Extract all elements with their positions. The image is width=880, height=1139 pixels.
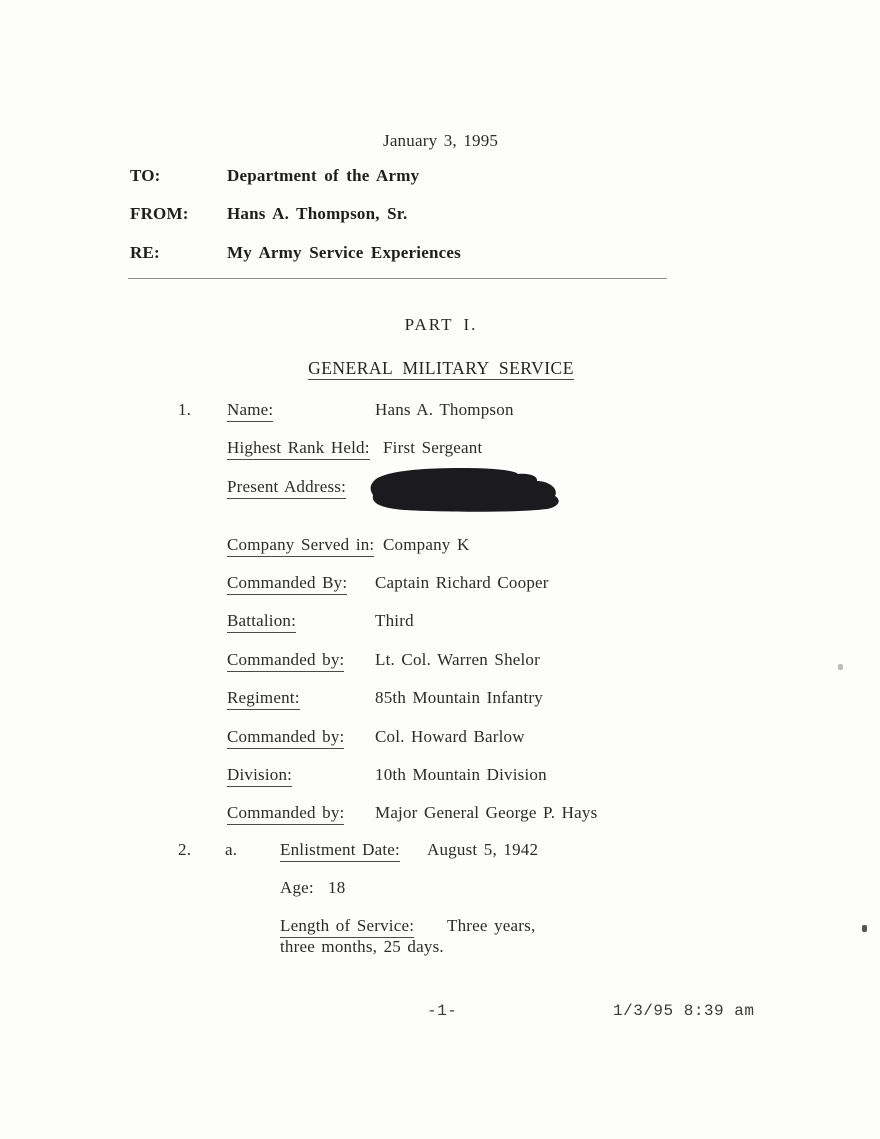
field-label: Highest Rank Held: xyxy=(227,438,370,460)
section-title: GENERAL MILITARY SERVICE xyxy=(308,358,574,380)
field-label: Company Served in: xyxy=(227,535,374,557)
header-divider-line xyxy=(128,278,667,279)
memo-from-value: Hans A. Thompson, Sr. xyxy=(227,204,407,224)
page-number: -1- xyxy=(427,1002,457,1020)
enlistment-date-label: Enlistment Date: xyxy=(280,840,400,862)
field-value: Lt. Col. Warren Shelor xyxy=(375,650,540,670)
field-label: Division: xyxy=(227,765,292,787)
field-value: Third xyxy=(375,611,414,631)
field-value: First Sergeant xyxy=(383,438,482,458)
item1-number: 1. xyxy=(178,400,191,420)
item2-sub-letter: a. xyxy=(225,840,237,860)
field-value: Captain Richard Cooper xyxy=(375,573,549,593)
field-label: Commanded by: xyxy=(227,727,344,749)
length-of-service-value-line1: Three years, xyxy=(447,916,535,936)
field-label: Battalion: xyxy=(227,611,296,633)
part-title: PART I. xyxy=(130,315,752,335)
field-value: Hans A. Thompson xyxy=(375,400,514,420)
scanned-memo-page: January 3, 1995 TO: Department of the Ar… xyxy=(0,0,880,1139)
age-value: 18 xyxy=(328,878,345,898)
scan-speck xyxy=(838,664,843,670)
field-value: 10th Mountain Division xyxy=(375,765,547,785)
field-label: Regiment: xyxy=(227,688,300,710)
field-label: Commanded by: xyxy=(227,803,344,825)
field-label: Present Address: xyxy=(227,477,346,499)
memo-re-label: RE: xyxy=(130,243,160,263)
memo-to-label: TO: xyxy=(130,166,161,186)
field-value: Col. Howard Barlow xyxy=(375,727,525,747)
memo-date: January 3, 1995 xyxy=(383,131,498,151)
field-value: Company K xyxy=(383,535,469,555)
footer-timestamp: 1/3/95 8:39 am xyxy=(613,1002,754,1020)
memo-from-label: FROM: xyxy=(130,204,189,224)
item2-number: 2. xyxy=(178,840,191,860)
length-of-service-value-line2: three months, 25 days. xyxy=(280,937,444,957)
field-label: Commanded By: xyxy=(227,573,347,595)
length-of-service-label: Length of Service: xyxy=(280,916,414,938)
field-value: 85th Mountain Infantry xyxy=(375,688,543,708)
scan-speck xyxy=(862,925,867,932)
memo-re-value: My Army Service Experiences xyxy=(227,243,461,263)
enlistment-date-value: August 5, 1942 xyxy=(427,840,538,860)
field-value: Major General George P. Hays xyxy=(375,803,597,823)
field-label: Commanded by: xyxy=(227,650,344,672)
field-label: Name: xyxy=(227,400,273,422)
memo-to-value: Department of the Army xyxy=(227,166,419,186)
section-title-wrap: GENERAL MILITARY SERVICE xyxy=(130,358,752,379)
age-label: Age: xyxy=(280,878,314,898)
redaction-mark xyxy=(366,466,564,513)
